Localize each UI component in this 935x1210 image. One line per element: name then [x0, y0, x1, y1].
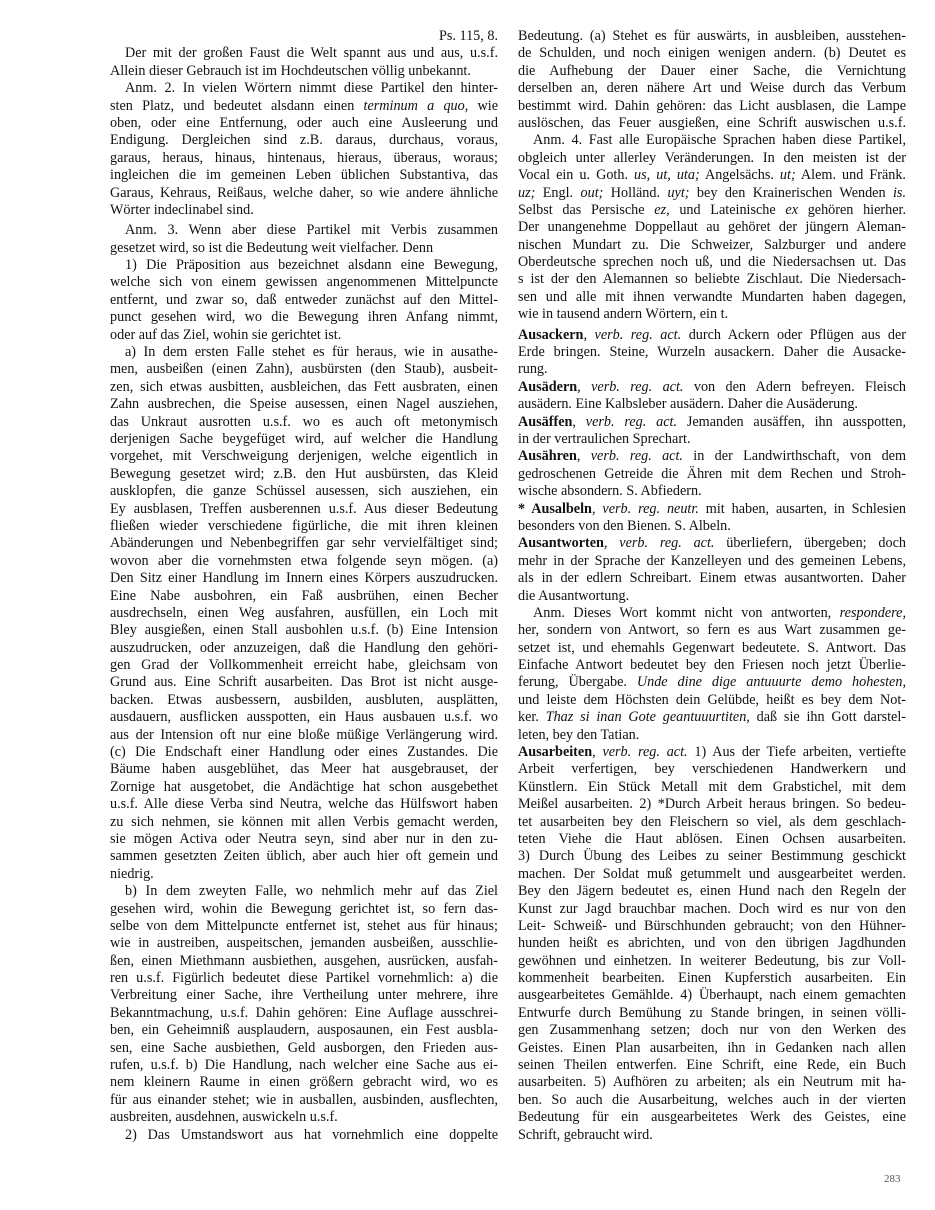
text-run: in der vertraulichen Sprechart.	[518, 431, 691, 447]
text-line: Garaus, Kehraus, Reißaus, welche daher, …	[110, 185, 498, 202]
text-run: Selbst das Persische	[518, 202, 654, 218]
text-line: die Ausantwortung.	[518, 588, 906, 605]
text-run: Einfache Antwort bedeutet bey den Friese…	[518, 657, 906, 673]
text-line: Schrift, gebraucht wird.	[518, 1127, 906, 1144]
text-line: als in der edlern Schreibart. Einem etwa…	[518, 570, 906, 587]
text-line: Bäume haben ausgeblühet, das Meer hat au…	[110, 761, 498, 778]
text-line: setzet ist, und ehemahls Gegenwart bedeu…	[518, 640, 906, 657]
text-line: ßen, einen Miethmann ausbiethen, ausgehe…	[110, 953, 498, 970]
text-line: Ey ausblasen, Treffen ausberennen u.s.f.…	[110, 501, 498, 518]
text-line: gen Zusammenhang setzen; doch nur von de…	[518, 1022, 906, 1039]
text-line: Einfache Antwort bedeutet bey den Friese…	[518, 657, 906, 674]
text-line: Ausackern, verb. reg. act. durch Ackern …	[518, 327, 906, 344]
text-line: Ps. 115, 8.	[110, 28, 498, 45]
text-run: von den Adern befreyen. Fleisch	[683, 379, 906, 395]
text-line: Zornige hat ausgetobet, die Andächtige h…	[110, 779, 498, 796]
text-line: derjenigen Sache beygefüget wird, auf we…	[110, 431, 498, 448]
italic-text: out;	[581, 185, 604, 201]
text-line: Meißel ausarbeiten. 2) *Durch Arbeit her…	[518, 796, 906, 813]
text-line: in der vertraulichen Sprechart.	[518, 431, 906, 448]
text-line: ben. So auch die Ausarbeitung, welches a…	[518, 1092, 906, 1109]
text-run: punct gesehen wird, wo die Bewegung ihre…	[110, 309, 498, 325]
text-run: Anm. 3. Wenn aber diese Partikel mit Ver…	[125, 222, 498, 238]
text-line: hunden heißt es abrichten, und von den ü…	[518, 935, 906, 952]
italic-text: Unde dine dige antuuurte demo hohesten,	[637, 674, 906, 690]
text-run: durch Ackern oder Pflügen aus der	[681, 327, 906, 343]
text-line: auszudrucken, oder anzuzeigen, daß die H…	[110, 640, 498, 657]
text-run: niedrig.	[110, 866, 154, 882]
text-run: sammen gesetzten Zeiten üblich, aber auc…	[110, 848, 498, 864]
text-line: gewöhnen und einhetzen. In weiterer Bede…	[518, 953, 906, 970]
text-line: wische absondern. S. Abfiedern.	[518, 483, 906, 500]
text-line: punct gesehen wird, wo die Bewegung ihre…	[110, 309, 498, 326]
text-run: machen. Der Soldat muß getummelt und aus…	[518, 866, 906, 882]
text-run: nem kleinern Raume in einen größern gebr…	[110, 1074, 498, 1090]
text-line: a) In dem ersten Falle stehet es für her…	[110, 344, 498, 361]
text-run: gen Zusammenhang setzen; doch nur von de…	[518, 1022, 906, 1038]
text-line: machen. Der Soldat muß getummelt und aus…	[518, 866, 906, 883]
text-run: Bewegung gesetzet wird; z.B. den Hut aus…	[110, 466, 498, 482]
text-line: s ist der den Alemannen so beliebte Zisc…	[518, 271, 906, 288]
text-run: und Lateinische	[670, 202, 786, 218]
text-run: ausdrechseln, einen Weg ausfahren, ausfü…	[110, 605, 498, 621]
text-run: seinen Theilen entwerfen. Eine Schrift, …	[518, 1057, 906, 1073]
text-run: als in der edlern Schreibart. Einem etwa…	[518, 570, 906, 586]
text-run: ferung, Übergabe.	[518, 674, 637, 690]
text-line: nem kleinern Raume in einen größern gebr…	[110, 1074, 498, 1091]
text-run: (c) Die Endschaft einer Handlung oder ei…	[110, 744, 498, 760]
text-run: die Aufhebung der Dauer einer Sache, die…	[518, 63, 906, 79]
italic-text: ex	[785, 202, 798, 218]
text-run: Bey den Jägern bedeutet es, einen Hund n…	[518, 883, 906, 899]
text-run: ausklopfen, die ganze Schüssel ausessen,…	[110, 483, 498, 499]
text-run: Oberdeutsche sprechen noch uß, und die N…	[518, 254, 906, 270]
text-run: Künstlern. Ein Stück Metall mit dem Grab…	[518, 779, 906, 795]
text-line: ben, ein Geheimniß ausplaudern, ausposau…	[110, 1022, 498, 1039]
text-run: ker.	[518, 709, 546, 725]
text-run: Zornige hat ausgetobet, die Andächtige h…	[110, 779, 498, 795]
page-number: 283	[884, 1173, 901, 1185]
text-run: ausbreiten, ausdehnen, auswickeln u.s.f.	[110, 1109, 338, 1125]
italic-text: verb. reg. act.	[591, 379, 683, 395]
headword: Ausantworten	[518, 535, 604, 551]
text-run: auszudrucken, oder anzuzeigen, daß die H…	[110, 640, 498, 656]
text-run: Grund aus. Eine Schrift ausarbeiten. Das…	[110, 674, 498, 690]
text-run: Den Sitz einer Handlung im Innern eines …	[110, 570, 498, 586]
text-run: mit haben, ausarten, in Schlesien	[699, 501, 906, 517]
text-run: Ey ausblasen, Treffen ausberennen u.s.f.…	[110, 501, 498, 517]
text-line: Vocal ein u. Goth. us, ut, uta; Angelsäc…	[518, 167, 906, 184]
text-line: ker. Thaz si inan Gote geantuuurtiten, d…	[518, 709, 906, 726]
text-run: gedroschenen Getreide die Ähren mit dem …	[518, 466, 906, 482]
text-run: tet ausarbeiten bey den Fleischern so vi…	[518, 814, 906, 830]
text-line: garaus, heraus, hinaus, hintenaus, hiera…	[110, 150, 498, 167]
right-column: Bedeutung. (a) Stehet es für auswärts, i…	[518, 28, 906, 1144]
text-run: rung.	[518, 361, 548, 377]
text-line: Ausäffen, verb. reg. act. Jemanden ausäf…	[518, 414, 906, 431]
text-line: niedrig.	[110, 866, 498, 883]
text-run: entfernt, und zwar so, daß entweder zunä…	[110, 292, 498, 308]
text-line: Wörter indeclinabel sind.	[110, 202, 498, 219]
text-line: Leit- Schweiß- und Bürschhunden gebrauch…	[518, 918, 906, 935]
text-run: aus der Intension oft nur eine bloße müß…	[110, 727, 498, 743]
text-run: ausädern. Eine Kalbsleber ausädern. Dahe…	[518, 396, 858, 412]
text-line: ausarbeiten. 5) Aufhören zu arbeiten; al…	[518, 1074, 906, 1091]
text-line: Geistes. Einen Plan ausarbeiten, ihn in …	[518, 1040, 906, 1057]
text-run: Anm. 2. In vielen Wörtern nimmt diese Pa…	[125, 80, 498, 96]
text-run: Arbeit verfertigen, bey verschiedenen Ha…	[518, 761, 906, 777]
text-run: Verbreitung einer Sache, ihre Vertheilun…	[110, 987, 498, 1003]
text-run: obgleich unter allerley Veränderungen. I…	[518, 150, 906, 166]
text-run: Leit- Schweiß- und Bürschhunden gebrauch…	[518, 918, 906, 934]
italic-text: verb. reg. neutr.	[602, 501, 698, 517]
text-run: Alem. und Fränk.	[796, 167, 906, 183]
text-run: gen Grad der Vollkommenheit erreicht hab…	[110, 657, 498, 673]
text-run: 3) Durch Übung des Leibes zu seiner Best…	[518, 848, 906, 864]
text-run: gesehen wird, wohin die Bewegung gericht…	[110, 901, 498, 917]
italic-text: uz;	[518, 185, 535, 201]
text-run: teten Viehe die Haut ablösen. Einen Ochs…	[518, 831, 906, 847]
text-run: men, ausbeißen (einen Zahn), ausbürsten …	[110, 361, 498, 377]
text-run: Anm. Dieses Wort kommt nicht von antwort…	[533, 605, 840, 621]
text-run: 2) Das Umstandswort aus hat vornehmlich …	[125, 1127, 498, 1143]
text-line: Arbeit verfertigen, bey verschiedenen Ha…	[518, 761, 906, 778]
text-line: Allein dieser Gebrauch ist im Hochdeutsc…	[110, 63, 498, 80]
text-run: Anm. 4. Fast alle Europäische Sprachen h…	[533, 132, 906, 148]
text-run: ßen, einen Miethmann ausbiethen, ausgehe…	[110, 953, 498, 969]
text-line: gesetzet wird, so ist die Bedeutung weit…	[110, 240, 498, 257]
text-line: ausgearbeitetes Gemählde. 4) Überhaupt, …	[518, 987, 906, 1004]
italic-text: verb. reg. act.	[586, 414, 677, 430]
text-run: Allein dieser Gebrauch ist im Hochdeutsc…	[110, 63, 471, 79]
text-line: rufen, u.s.f. b) Die Handlung, nach welc…	[110, 1057, 498, 1074]
text-line: * Ausalbeln, verb. reg. neutr. mit haben…	[518, 501, 906, 518]
text-line: uz; Engl. out; Holländ. uyt; bey den Kra…	[518, 185, 906, 202]
text-line: oben, oder eine Entfernung, oder auch ei…	[110, 115, 498, 132]
headword: Ausackern	[518, 327, 583, 343]
text-line: und leiste dem Höchsten dein Gelübde, he…	[518, 692, 906, 709]
text-run: sie mögen Activa oder Neutra seyn, sind …	[110, 831, 498, 847]
text-line: die Aufhebung der Dauer einer Sache, die…	[518, 63, 906, 80]
text-line: ausädern. Eine Kalbsleber ausädern. Dahe…	[518, 396, 906, 413]
text-line: nischen Mundart zu. Die Schweizer, Salzb…	[518, 237, 906, 254]
italic-text: terminum a quo,	[364, 98, 469, 114]
text-run: ausarbeiten. 5) Aufhören zu arbeiten; al…	[518, 1074, 906, 1090]
italic-text: ut;	[780, 167, 796, 183]
text-line: wovon aber die vornehmsten etwa folgende…	[110, 553, 498, 570]
text-line: rung.	[518, 361, 906, 378]
italic-text: us, ut, uta;	[634, 167, 700, 183]
text-run: backen. Etwas ausbessern, ausbilden, aus…	[110, 692, 498, 708]
text-line: Ausarbeiten, verb. reg. act. 1) Aus der …	[518, 744, 906, 761]
text-line: u.s.f. Alle diese Verba sind Neutra, wel…	[110, 796, 498, 813]
text-run: sen, eine Sache ausbiethen, Geld ausborg…	[110, 1040, 498, 1056]
text-line: 3) Durch Übung des Leibes zu seiner Best…	[518, 848, 906, 865]
italic-text: respondere,	[840, 605, 906, 621]
text-run: besonders von den Bienen. S. Albeln.	[518, 518, 731, 534]
text-line: für aus einander stehet; wie in ausballe…	[110, 1092, 498, 1109]
text-run: Wörter indeclinabel sind.	[110, 202, 254, 218]
text-run: bey den Krainerischen Wenden	[690, 185, 893, 201]
text-line: derselben an, deren nähere Art und Weise…	[518, 80, 906, 97]
text-line: ferung, Übergabe. Unde dine dige antuuur…	[518, 674, 906, 691]
text-run: Kunst zur Jagd brauchbar machen. Doch wi…	[518, 901, 906, 917]
text-run: hunden heißt es abrichten, und von den ü…	[518, 935, 906, 951]
text-line: sten Platz, und bedeutet alsdann einen t…	[110, 98, 498, 115]
text-line: Kunst zur Jagd brauchbar machen. Doch wi…	[518, 901, 906, 918]
text-run: Bekanntmachung, u.s.f. Dahin gehören: Ei…	[110, 1005, 498, 1021]
text-line: ausbreiten, ausdehnen, auswickeln u.s.f.	[110, 1109, 498, 1126]
text-run: wovon aber die vornehmsten etwa folgende…	[110, 553, 498, 569]
text-line: Den Sitz einer Handlung im Innern eines …	[110, 570, 498, 587]
text-run: Garaus, Kehraus, Reißaus, welche daher, …	[110, 185, 498, 201]
text-line: Der mit der großen Faust die Welt spannt…	[110, 45, 498, 62]
text-line: gedroschenen Getreide die Ähren mit dem …	[518, 466, 906, 483]
text-line: Ausantworten, verb. reg. act. überliefer…	[518, 535, 906, 552]
text-line: leten, bey den Tatian.	[518, 727, 906, 744]
text-run: Meißel ausarbeiten. 2) *Durch Arbeit her…	[518, 796, 906, 812]
text-run: Holländ.	[603, 185, 667, 201]
text-run: vorgehet, mit Verschweigung derjenigen, …	[110, 448, 498, 464]
text-line: selbe von dem Mittelpuncte entfernet ist…	[110, 918, 498, 935]
text-run: für aus einander stehet; wie in ausballe…	[110, 1092, 498, 1108]
text-run: wie	[468, 98, 498, 114]
text-line: welche sich von einem gewissen angenomme…	[110, 274, 498, 291]
text-line: Bedeutung. (a) Stehet es für auswärts, i…	[518, 28, 906, 45]
italic-text: is.	[893, 185, 906, 201]
text-run: rufen, u.s.f. b) Die Handlung, nach welc…	[110, 1057, 498, 1073]
text-line: backen. Etwas ausbessern, ausbilden, aus…	[110, 692, 498, 709]
text-line: oder auf das Ziel, wohin sie gerichtet i…	[110, 327, 498, 344]
left-column: Ps. 115, 8.Der mit der großen Faust die …	[110, 28, 498, 1144]
text-run: derselben an, deren nähere Art und Weise…	[518, 80, 906, 96]
text-run: das Unkraut ausrotten u.s.f. wo es auch …	[110, 414, 498, 430]
text-line: Oberdeutsche sprechen noch uß, und die N…	[518, 254, 906, 271]
text-line: Bley ausgießen, einen Stall ausbohlen u.…	[110, 622, 498, 639]
text-run: Jemanden ausäffen, ihn ausspotten,	[677, 414, 906, 430]
text-run: gewöhnen und einhetzen. In weiterer Bede…	[518, 953, 906, 969]
text-line: b) In dem zweyten Falle, wo nehmlich meh…	[110, 883, 498, 900]
text-run: 1) Die Präposition aus bezeichnet alsdan…	[125, 257, 498, 273]
text-line: bestimmt wird. Dahin gehören: das Licht …	[518, 98, 906, 115]
text-line: 1) Die Präposition aus bezeichnet alsdan…	[110, 257, 498, 274]
text-run: ben. So auch die Ausarbeitung, welches a…	[518, 1092, 906, 1108]
text-run: a) In dem ersten Falle stehet es für her…	[125, 344, 498, 360]
text-line: ren u.s.f. Figürlich bedeutet diese Part…	[110, 970, 498, 987]
text-run: s ist der den Alemannen so beliebte Zisc…	[518, 271, 906, 287]
text-run: Abänderungen und Nebenbegriffen gar sehr…	[110, 535, 498, 551]
text-run: welche sich von einem gewissen angenomme…	[110, 274, 498, 290]
text-line: Anm. Dieses Wort kommt nicht von antwort…	[518, 605, 906, 622]
text-run: leten, bey den Tatian.	[518, 727, 639, 743]
text-run: mehr in der Sprache der Kanzelleyen und …	[518, 553, 906, 569]
dictionary-page: Ps. 115, 8.Der mit der großen Faust die …	[0, 0, 935, 1210]
text-run: fließen wieder verschiedene figürliche, …	[110, 518, 498, 534]
text-run: b) In dem zweyten Falle, wo nehmlich meh…	[125, 883, 498, 899]
text-line: Ausädern, verb. reg. act. von den Adern …	[518, 379, 906, 396]
text-line: sen, eine Sache ausbiethen, Geld ausborg…	[110, 1040, 498, 1057]
text-run: ,	[577, 448, 591, 464]
text-run: in der Landwirthschaft, von dem	[683, 448, 906, 464]
italic-text: verb. reg. act.	[591, 448, 683, 464]
text-run: u.s.f. Alle diese Verba sind Neutra, wel…	[110, 796, 498, 812]
text-run: bestimmt wird. Dahin gehören: das Licht …	[518, 98, 906, 114]
text-line: Bey den Jägern bedeutet es, einen Hund n…	[518, 883, 906, 900]
text-line: besonders von den Bienen. S. Albeln.	[518, 518, 906, 535]
text-run: 1) Aus der Tiefe arbeiten, vertiefte	[688, 744, 906, 760]
text-run: Bley ausgießen, einen Stall ausbohlen u.…	[110, 622, 498, 638]
text-run: Angelsächs.	[700, 167, 780, 183]
text-line: tet ausarbeiten bey den Fleischern so vi…	[518, 814, 906, 831]
headword: Ausarbeiten	[518, 744, 592, 760]
text-run: Bäume haben ausgeblühet, das Meer hat au…	[110, 761, 498, 777]
text-run: sten Platz, und bedeutet alsdann einen	[110, 98, 364, 114]
text-run: Der unangenehme Doppellaut au gehöret de…	[518, 219, 906, 235]
text-line: sammen gesetzten Zeiten üblich, aber auc…	[110, 848, 498, 865]
headword: Ausäffen	[518, 414, 572, 430]
text-run: ausdauern, ausflicken ausspotten, ein Ha…	[110, 709, 498, 725]
text-run: gesetzet wird, so ist die Bedeutung weit…	[110, 240, 433, 256]
text-run: wie in austreiben, auspeitschen, jemande…	[110, 935, 498, 951]
text-line: ausdrechseln, einen Weg ausfahren, ausfü…	[110, 605, 498, 622]
text-run: sen und alle mit ihnen verwandte Mundart…	[518, 289, 906, 305]
text-run: Schrift, gebraucht wird.	[518, 1127, 653, 1143]
text-line: mehr in der Sprache der Kanzelleyen und …	[518, 553, 906, 570]
text-line: Eine Nabe ausbohren, ein Faß ausbrühen, …	[110, 588, 498, 605]
text-run: Eine Nabe ausbohren, ein Faß ausbrühen, …	[110, 588, 498, 604]
text-run: auslöschen, das Feuer ausgießen, eine Sc…	[518, 115, 906, 131]
text-run: ,	[592, 744, 602, 760]
text-run: ingleichen die im gemeinen Leben übliche…	[110, 167, 498, 183]
text-run: ,	[592, 501, 602, 517]
text-line: Künstlern. Ein Stück Metall mit dem Grab…	[518, 779, 906, 796]
text-run: ,	[604, 535, 619, 551]
text-run: zen, sich etwas ausbitten, ausbleichen, …	[110, 379, 498, 395]
text-run: her, sondern von Antwort, so fern es aus…	[518, 622, 906, 638]
italic-text: verb. reg. act.	[595, 327, 682, 343]
text-run: überliefern, übergeben; doch	[714, 535, 906, 551]
text-run: zu sich nehmen, sie können mit allen Ver…	[110, 814, 498, 830]
text-run: und leiste dem Höchsten dein Gelübde, he…	[518, 692, 906, 708]
text-line: Verbreitung einer Sache, ihre Vertheilun…	[110, 987, 498, 1004]
headword: Ausähren	[518, 448, 577, 464]
text-line: ausklopfen, die ganze Schüssel ausessen,…	[110, 483, 498, 500]
text-line: zu sich nehmen, sie können mit allen Ver…	[110, 814, 498, 831]
headword: Ausädern	[518, 379, 577, 395]
text-line: Entwurfe durch Bemühung zu Stande bringe…	[518, 1005, 906, 1022]
text-line: Anm. 2. In vielen Wörtern nimmt diese Pa…	[110, 80, 498, 97]
text-run: Der mit der großen Faust die Welt spannt…	[125, 45, 498, 61]
text-run: die Ausantwortung.	[518, 588, 629, 604]
text-run: wische absondern. S. Abfiedern.	[518, 483, 702, 499]
text-line: Zahn ausbrechen, die Speise ausessen, ei…	[110, 396, 498, 413]
text-line: 2) Das Umstandswort aus hat vornehmlich …	[110, 1127, 498, 1144]
text-run: Entwurfe durch Bemühung zu Stande bringe…	[518, 1005, 906, 1021]
text-line: Der unangenehme Doppellaut au gehöret de…	[518, 219, 906, 236]
text-line: Abänderungen und Nebenbegriffen gar sehr…	[110, 535, 498, 552]
italic-text: Thaz si inan Gote geantuuurtiten,	[546, 709, 750, 725]
text-line: her, sondern von Antwort, so fern es aus…	[518, 622, 906, 639]
text-run: Geistes. Einen Plan ausarbeiten, ihn in …	[518, 1040, 906, 1056]
italic-text: verb. reg. act.	[619, 535, 714, 551]
text-line: Bewegung gesetzet wird; z.B. den Hut aus…	[110, 466, 498, 483]
text-line: Anm. 4. Fast alle Europäische Sprachen h…	[518, 132, 906, 149]
text-run: Bedeutung. (a) Stehet es für auswärts, i…	[518, 28, 906, 44]
text-line: zen, sich etwas ausbitten, ausbleichen, …	[110, 379, 498, 396]
text-line: gen Grad der Vollkommenheit erreicht hab…	[110, 657, 498, 674]
text-line: kommenheit bearbeiten. Einen Kupferstich…	[518, 970, 906, 987]
text-line: Anm. 3. Wenn aber diese Partikel mit Ver…	[110, 222, 498, 239]
text-run: ,	[583, 327, 594, 343]
text-run: Engl.	[535, 185, 580, 201]
text-line: Ausähren, verb. reg. act. in der Landwir…	[518, 448, 906, 465]
text-run: ,	[577, 379, 591, 395]
text-run: de Schulden, und noch einigen wenigen an…	[518, 45, 906, 61]
text-line: sen und alle mit ihnen verwandte Mundart…	[518, 289, 906, 306]
text-line: entfernt, und zwar so, daß entweder zunä…	[110, 292, 498, 309]
text-line: Selbst das Persische ez, und Lateinische…	[518, 202, 906, 219]
text-line: wie in austreiben, auspeitschen, jemande…	[110, 935, 498, 952]
text-line: wie in tausend andern Wörtern, ein t.	[518, 306, 906, 323]
text-line: obgleich unter allerley Veränderungen. I…	[518, 150, 906, 167]
text-run: setzet ist, und ehemahls Gegenwart bedeu…	[518, 640, 906, 656]
text-run: oder auf das Ziel, wohin sie gerichtet i…	[110, 327, 341, 343]
text-line: vorgehet, mit Verschweigung derjenigen, …	[110, 448, 498, 465]
text-run: Zahn ausbrechen, die Speise ausessen, ei…	[110, 396, 498, 412]
text-run: ,	[572, 414, 585, 430]
text-line: (c) Die Endschaft einer Handlung oder ei…	[110, 744, 498, 761]
italic-text: verb. reg. act.	[602, 744, 687, 760]
text-line: sie mögen Activa oder Neutra seyn, sind …	[110, 831, 498, 848]
text-line: auslöschen, das Feuer ausgießen, eine Sc…	[518, 115, 906, 132]
text-run: derjenigen Sache beygefüget wird, auf we…	[110, 431, 498, 447]
text-run: oben, oder eine Entfernung, oder auch ei…	[110, 115, 498, 131]
text-line: teten Viehe die Haut ablösen. Einen Ochs…	[518, 831, 906, 848]
text-line: Grund aus. Eine Schrift ausarbeiten. Das…	[110, 674, 498, 691]
text-line: fließen wieder verschiedene figürliche, …	[110, 518, 498, 535]
text-line: de Schulden, und noch einigen wenigen an…	[518, 45, 906, 62]
text-run: ren u.s.f. Figürlich bedeutet diese Part…	[110, 970, 498, 986]
text-line: aus der Intension oft nur eine bloße müß…	[110, 727, 498, 744]
text-line: gesehen wird, wohin die Bewegung gericht…	[110, 901, 498, 918]
text-line: seinen Theilen entwerfen. Eine Schrift, …	[518, 1057, 906, 1074]
text-run: Endigung. Dergleichen sind z.B. daraus, …	[110, 132, 498, 148]
text-line: das Unkraut ausrotten u.s.f. wo es auch …	[110, 414, 498, 431]
text-line: Endigung. Dergleichen sind z.B. daraus, …	[110, 132, 498, 149]
text-run: garaus, heraus, hinaus, hintenaus, hiera…	[110, 150, 498, 166]
text-run: ausgearbeitetes Gemählde. 4) Überhaupt, …	[518, 987, 906, 1003]
text-line: ingleichen die im gemeinen Leben übliche…	[110, 167, 498, 184]
text-run: daß sie ihn Gott darstel-	[750, 709, 906, 725]
text-run: selbe von dem Mittelpuncte entfernet ist…	[110, 918, 498, 934]
text-line: Bedeutung für ein ausgearbeitetes Werk d…	[518, 1109, 906, 1126]
text-run: Ps. 115, 8.	[439, 28, 498, 44]
text-run: gehören hierher.	[798, 202, 906, 218]
text-run: ben, ein Geheimniß ausplaudern, ausposau…	[110, 1022, 498, 1038]
text-run: wie in tausend andern Wörtern, ein t.	[518, 306, 728, 322]
text-run: kommenheit bearbeiten. Einen Kupferstich…	[518, 970, 906, 986]
text-run: Vocal ein u. Goth.	[518, 167, 634, 183]
text-line: Bekanntmachung, u.s.f. Dahin gehören: Ei…	[110, 1005, 498, 1022]
italic-text: uyt;	[667, 185, 689, 201]
text-run: Erde bringen. Steine, Wurzeln ausackern.…	[518, 344, 906, 360]
text-line: Erde bringen. Steine, Wurzeln ausackern.…	[518, 344, 906, 361]
text-line: ausdauern, ausflicken ausspotten, ein Ha…	[110, 709, 498, 726]
text-run: nischen Mundart zu. Die Schweizer, Salzb…	[518, 237, 906, 253]
italic-text: ez,	[654, 202, 669, 218]
headword: * Ausalbeln	[518, 501, 592, 517]
text-run: Bedeutung für ein ausgearbeitetes Werk d…	[518, 1109, 906, 1125]
